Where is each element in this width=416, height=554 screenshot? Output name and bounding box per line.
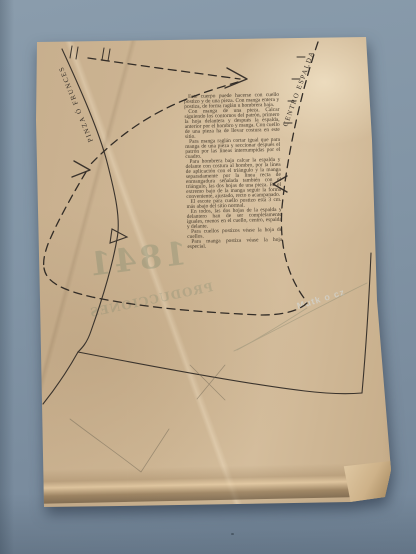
paper-shadow-wrapper: 1841 PRODUCCIONES Mutk o cz Este cuerpo … xyxy=(0,0,416,554)
pencil-scribble xyxy=(190,365,225,400)
dashed-dart-line xyxy=(44,172,86,268)
dashed-raglan-line xyxy=(88,82,238,167)
right-seam-line xyxy=(362,253,371,393)
background-speck xyxy=(231,533,234,535)
center-back-label: CENTRO ESPALDA xyxy=(281,50,316,128)
dashed-hem-line xyxy=(44,268,307,315)
arrowhead-center-back xyxy=(273,176,287,192)
pencil-trace-lines xyxy=(70,365,225,472)
arrowhead-mid-left xyxy=(72,161,90,177)
photo-of-sewing-pattern-sheet: 1841 PRODUCCIONES Mutk o cz Este cuerpo … xyxy=(0,0,416,554)
dashed-pattern-lines xyxy=(44,42,318,315)
lower-left-seam xyxy=(43,352,78,404)
solid-pattern-lines xyxy=(43,46,371,404)
pencil-v-line xyxy=(70,419,169,472)
dashed-shoulder-line xyxy=(88,58,240,79)
kraft-paper-sheet: 1841 PRODUCCIONES Mutk o cz Este cuerpo … xyxy=(0,0,416,554)
dart-label: PINZA Ó FRUNCES xyxy=(57,65,95,143)
hem-line xyxy=(78,352,362,394)
